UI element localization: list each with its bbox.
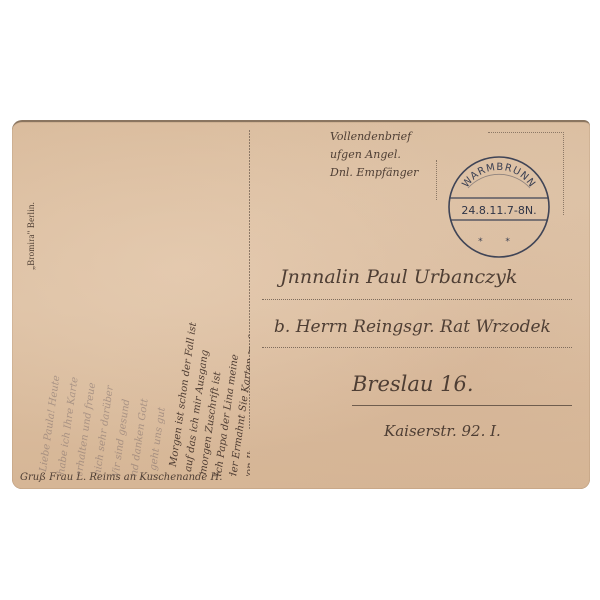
message-line-faded: es geht uns gut — [146, 407, 168, 476]
postcard: „Bromira" Berlin. Liebe Paula! Heute hab… — [12, 120, 590, 489]
address-care-of: b. Herrn Reingsgr. Rat Wrzodek — [274, 317, 551, 337]
address-line-3 — [352, 405, 572, 406]
postmark-stars: * * — [478, 237, 520, 247]
address-line-2 — [262, 347, 572, 348]
sender-note-line: Vollendenbrief — [330, 130, 411, 143]
message-area: Liebe Paula! Heute habe ich Ihre Karte e… — [20, 126, 250, 476]
postmark: WARMBRUNN 24.8.11.7-8N. * * — [444, 152, 554, 262]
address-recipient: Jnnnalin Paul Urbanczyk — [280, 266, 517, 288]
message-line-faded: und danken Gott — [128, 398, 151, 476]
postmark-town: WARMBRUNN — [461, 162, 538, 190]
address-city: Breslau 16. — [352, 372, 474, 396]
address-line-1 — [262, 299, 572, 300]
svg-text:WARMBRUNN: WARMBRUNN — [461, 162, 538, 190]
sender-note-line: ufgen Angel. — [330, 148, 401, 161]
message-line-faded: Wir sind gesund — [110, 398, 132, 476]
postmark-date: 24.8.11.7-8N. — [461, 204, 536, 217]
address-street: Kaiserstr. 92. I. — [384, 422, 501, 440]
sender-note-line: Dnl. Empfänger — [330, 166, 418, 179]
bottom-greeting: Gruß Frau L. Reims an Kuschenande H. — [20, 472, 222, 483]
stamp-box-edge — [436, 160, 438, 200]
